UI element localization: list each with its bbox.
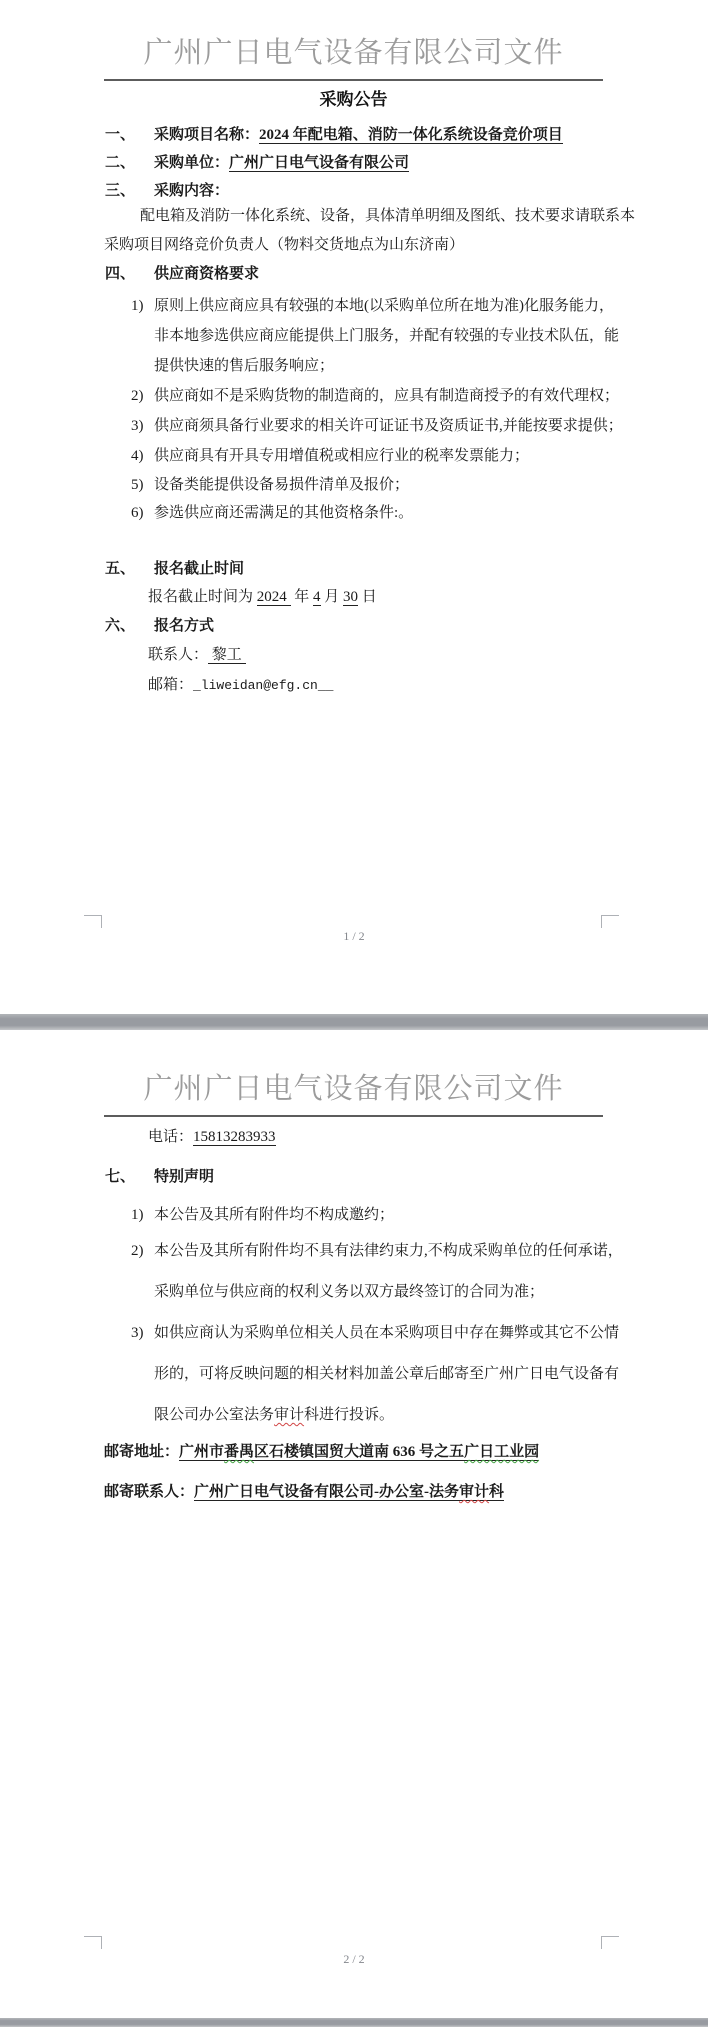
page-number-footer: 1 / 2	[0, 929, 708, 943]
requirement-2-line: 2)供应商如不是采购货物的制造商的，应具有制造商授予的有效代理权；	[131, 387, 619, 406]
statement-2-text-1: 本公告及其所有附件均不具有法律约束力,不构成采购单位的任何承诺，	[154, 1243, 623, 1259]
contact-line: 联系人： 黎工	[148, 646, 246, 665]
requirement-1-line-2: 非本地参选供应商应能提供上门服务，并配有较强的专业技术队伍，能	[154, 327, 619, 346]
requirement-4-text: 供应商具有开具专用增值税或相应行业的税率发票能力；	[154, 448, 529, 464]
requirement-1-line-1: 1)原则上供应商应具有较强的本地(以采购单位所在地为准)化服务能力，	[131, 297, 614, 316]
mailing-address-line: 邮寄地址：广州市番禺区石楼镇国贸大道南 636 号之五广日工业园	[104, 1443, 539, 1462]
email-value: _liweidan@efg.cn__	[193, 678, 333, 693]
section-4-row: 四、供应商资格要求	[105, 265, 259, 284]
section-2-label: 采购单位：	[154, 155, 229, 171]
phone-label: 电话：	[148, 1129, 193, 1145]
statement-3-text-3a: 限公司办公室法务	[154, 1407, 274, 1423]
mailing-address-value: 广州市番禺区石楼镇国贸大道南 636 号之五广日工业园	[179, 1444, 539, 1461]
company-letterhead-title-page2: 广州广日电气设备有限公司文件	[104, 1072, 603, 1106]
section-2-number: 二、	[105, 154, 154, 173]
phone-value: 15813283933	[193, 1129, 276, 1146]
requirement-3-line: 3)供应商须具备行业要求的相关许可证证书及资质证书,并能按要求提供；	[131, 417, 623, 436]
letterhead-rule-page2	[104, 1115, 603, 1117]
requirement-2-number: 2)	[131, 387, 154, 406]
requirement-3-number: 3)	[131, 417, 154, 436]
statement-3-text-1: 如供应商认为采购单位相关人员在本采购项目中存在舞弊或其它不公情	[154, 1325, 619, 1341]
deadline-prefix: 报名截止时间为	[148, 589, 257, 605]
statement-1-line: 1)本公告及其所有附件均不构成邀约；	[131, 1206, 394, 1225]
requirement-6-text: 参选供应商还需满足的其他资格条件:。	[154, 505, 413, 521]
margin-corner-mark-left-icon-page2	[84, 1936, 102, 1949]
margin-corner-mark-right-icon-page2	[601, 1936, 619, 1949]
deadline-month: 4	[313, 589, 321, 606]
letterhead-rule	[104, 79, 603, 81]
mailing-contact-part-3: 科	[489, 1484, 504, 1500]
requirement-3-text: 供应商须具备行业要求的相关许可证证书及资质证书,并能按要求提供；	[154, 418, 623, 434]
statement-2-line-2: 采购单位与供应商的权利义务以双方最终签订的合同为准；	[154, 1283, 544, 1302]
statement-2-line-1: 2)本公告及其所有附件均不具有法律约束力,不构成采购单位的任何承诺，	[131, 1242, 623, 1261]
deadline-line: 报名截止时间为 2024 年 4 月 30 日	[148, 588, 377, 607]
purchaser-name-value: 广州广日电气设备有限公司	[229, 155, 409, 172]
section-4-label: 供应商资格要求	[154, 266, 259, 282]
mailing-address-label: 邮寄地址：	[104, 1444, 179, 1460]
section-7-label: 特别声明	[154, 1169, 214, 1185]
deadline-sep-year: 年	[291, 589, 314, 605]
mailing-address-part-1: 广州市	[179, 1444, 224, 1460]
deadline-day: 30	[343, 589, 358, 606]
margin-corner-mark-left-icon	[84, 915, 102, 928]
requirement-4-number: 4)	[131, 447, 154, 466]
document-viewer: { "colors":{ "header_gray":"#9b9b9b", "p…	[0, 0, 708, 2027]
company-letterhead-title: 广州广日电气设备有限公司文件	[104, 36, 603, 70]
requirement-1-number: 1)	[131, 297, 154, 316]
statement-3-line-2: 形的，可将反映问题的相关材料加盖公章后邮寄至广州广日电气设备有	[154, 1365, 619, 1384]
page-number-footer-page2: 2 / 2	[0, 1952, 708, 1966]
requirement-6-line: 6)参选供应商还需满足的其他资格条件:。	[131, 504, 413, 523]
section-7-row: 七、特别声明	[105, 1168, 214, 1187]
statement-3-line-3: 限公司办公室法务审计科进行投诉。	[154, 1406, 394, 1425]
phone-line: 电话：15813283933	[148, 1128, 276, 1147]
mailing-contact-part-1: 广州广日电气设备有限公司-办公室-法务	[194, 1484, 459, 1500]
deadline-year: 2024	[257, 589, 291, 606]
requirement-1-line-3: 提供快速的售后服务响应；	[154, 357, 334, 376]
project-name-value: 2024 年配电箱、消防一体化系统设备竞价项目	[259, 127, 563, 144]
requirement-4-line: 4)供应商具有开具专用增值税或相应行业的税率发票能力；	[131, 447, 529, 466]
requirement-6-number: 6)	[131, 504, 154, 523]
purchase-content-line-1: 配电箱及消防一体化系统、设备，具体清单明细及图纸、技术要求请联系本	[140, 207, 635, 226]
section-7-number: 七、	[105, 1168, 154, 1187]
section-5-row: 五、报名截止时间	[105, 560, 244, 579]
section-3-row: 三、采购内容：	[105, 182, 229, 201]
statement-3-line-1: 3)如供应商认为采购单位相关人员在本采购项目中存在舞弊或其它不公情	[131, 1324, 619, 1343]
document-title: 采购公告	[104, 90, 603, 110]
statement-3-number: 3)	[131, 1324, 154, 1343]
bottom-page-gap-band	[0, 2018, 708, 2027]
mailing-contact-label: 邮寄联系人：	[104, 1484, 194, 1500]
statement-3-text-3b-spellcheck: 审计	[274, 1407, 304, 1423]
email-label: 邮箱：	[148, 677, 193, 693]
requirement-2-text: 供应商如不是采购货物的制造商的，应具有制造商授予的有效代理权；	[154, 388, 619, 404]
document-page-2: 广州广日电气设备有限公司文件 电话：15813283933 七、特别声明 1)本…	[0, 1030, 708, 2018]
mailing-address-part-2-spellcheck: 番禺	[224, 1444, 254, 1460]
contact-name-value: 黎工	[208, 647, 246, 664]
section-3-number: 三、	[105, 182, 154, 201]
section-5-number: 五、	[105, 560, 154, 579]
requirement-5-text: 设备类能提供设备易损件清单及报价；	[154, 477, 409, 493]
email-line: 邮箱：_liweidan@efg.cn__	[148, 676, 333, 695]
contact-label: 联系人：	[148, 647, 208, 663]
deadline-sep-day: 日	[358, 589, 377, 605]
section-6-label: 报名方式	[154, 618, 214, 634]
section-1-row: 一、采购项目名称：2024 年配电箱、消防一体化系统设备竞价项目	[105, 126, 563, 145]
deadline-sep-month: 月	[321, 589, 344, 605]
mailing-contact-part-2-spellcheck: 审计	[459, 1484, 489, 1500]
section-6-number: 六、	[105, 617, 154, 636]
section-1-label: 采购项目名称：	[154, 127, 259, 143]
statement-2-number: 2)	[131, 1242, 154, 1261]
mailing-address-part-3: 区石楼镇国贸大道南 636 号之五	[254, 1444, 464, 1460]
section-1-number: 一、	[105, 126, 154, 145]
section-6-row: 六、报名方式	[105, 617, 214, 636]
page-gap-band	[0, 1014, 708, 1030]
requirement-5-line: 5)设备类能提供设备易损件清单及报价；	[131, 476, 409, 495]
statement-1-text: 本公告及其所有附件均不构成邀约；	[154, 1207, 394, 1223]
document-page-1: 广州广日电气设备有限公司文件 采购公告 一、采购项目名称：2024 年配电箱、消…	[0, 0, 708, 1014]
margin-corner-mark-right-icon	[601, 915, 619, 928]
section-4-number: 四、	[105, 265, 154, 284]
mailing-address-part-4-spellcheck: 广日工业园	[464, 1444, 539, 1460]
statement-1-number: 1)	[131, 1206, 154, 1225]
section-5-label: 报名截止时间	[154, 561, 244, 577]
section-2-row: 二、采购单位：广州广日电气设备有限公司	[105, 154, 409, 173]
mailing-contact-value: 广州广日电气设备有限公司-办公室-法务审计科	[194, 1484, 504, 1501]
requirement-5-number: 5)	[131, 476, 154, 495]
mailing-contact-line: 邮寄联系人：广州广日电气设备有限公司-办公室-法务审计科	[104, 1483, 504, 1502]
requirement-1-text-1: 原则上供应商应具有较强的本地(以采购单位所在地为准)化服务能力，	[154, 298, 614, 314]
statement-3-text-3c: 科进行投诉。	[304, 1407, 394, 1423]
purchase-content-line-2: 采购项目网络竞价负责人（物料交货地点为山东济南）	[104, 236, 464, 255]
section-3-label: 采购内容：	[154, 183, 229, 199]
